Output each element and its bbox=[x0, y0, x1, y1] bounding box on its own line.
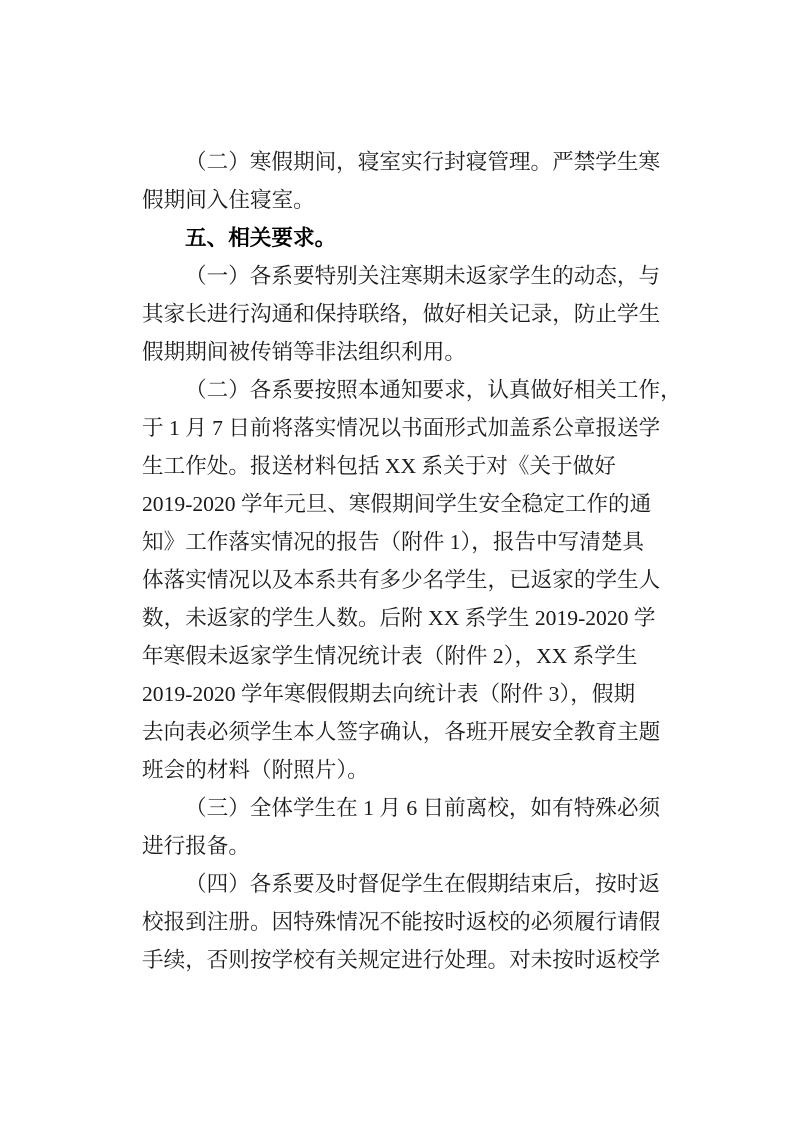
text-line: （四）各系要及时督促学生在假期结束后，按时返 bbox=[142, 865, 664, 903]
text-line: （二）寒假期间，寝室实行封寝管理。严禁学生寒 bbox=[142, 143, 664, 181]
text-line: 手续，否则按学校有关规定进行处理。对未按时返校学 bbox=[142, 941, 664, 979]
text-line: 进行报备。 bbox=[142, 827, 664, 865]
text-line: 假期期间被传销等非法组织利用。 bbox=[142, 333, 664, 371]
text-line: 生工作处。报送材料包括 XX 系关于对《关于做好 bbox=[142, 447, 664, 485]
text-line: 去向表必须学生本人签字确认，各班开展安全教育主题 bbox=[142, 713, 664, 751]
text-line: （二）各系要按照本通知要求，认真做好相关工作， bbox=[142, 371, 664, 409]
document-text-block: （二）寒假期间，寝室实行封寝管理。严禁学生寒假期间入住寝室。五、相关要求。（一）… bbox=[142, 143, 664, 979]
text-line: （一）各系要特别关注寒期未返家学生的动态，与 bbox=[142, 257, 664, 295]
text-line: 体落实情况以及本系共有多少名学生，已返家的学生人 bbox=[142, 561, 664, 599]
text-line: 知》工作落实情况的报告（附件 1），报告中写清楚具 bbox=[142, 523, 664, 561]
text-line: （三）全体学生在 1 月 6 日前离校，如有特殊必须 bbox=[142, 789, 664, 827]
text-line: 校报到注册。因特殊情况不能按时返校的必须履行请假 bbox=[142, 903, 664, 941]
section-heading: 五、相关要求。 bbox=[142, 219, 664, 257]
text-line: 假期间入住寝室。 bbox=[142, 181, 664, 219]
text-line: 数，未返家的学生人数。后附 XX 系学生 2019-2020 学 bbox=[142, 599, 664, 637]
text-line: 班会的材料（附照片）。 bbox=[142, 751, 664, 789]
text-line: 2019-2020 学年元旦、寒假期间学生安全稳定工作的通 bbox=[142, 485, 664, 523]
text-line: 2019-2020 学年寒假假期去向统计表（附件 3），假期 bbox=[142, 675, 664, 713]
document-page: （二）寒假期间，寝室实行封寝管理。严禁学生寒假期间入住寝室。五、相关要求。（一）… bbox=[0, 0, 793, 1122]
text-line: 于 1 月 7 日前将落实情况以书面形式加盖系公章报送学 bbox=[142, 409, 664, 447]
text-line: 其家长进行沟通和保持联络，做好相关记录，防止学生 bbox=[142, 295, 664, 333]
text-line: 年寒假未返家学生情况统计表（附件 2），XX 系学生 bbox=[142, 637, 664, 675]
